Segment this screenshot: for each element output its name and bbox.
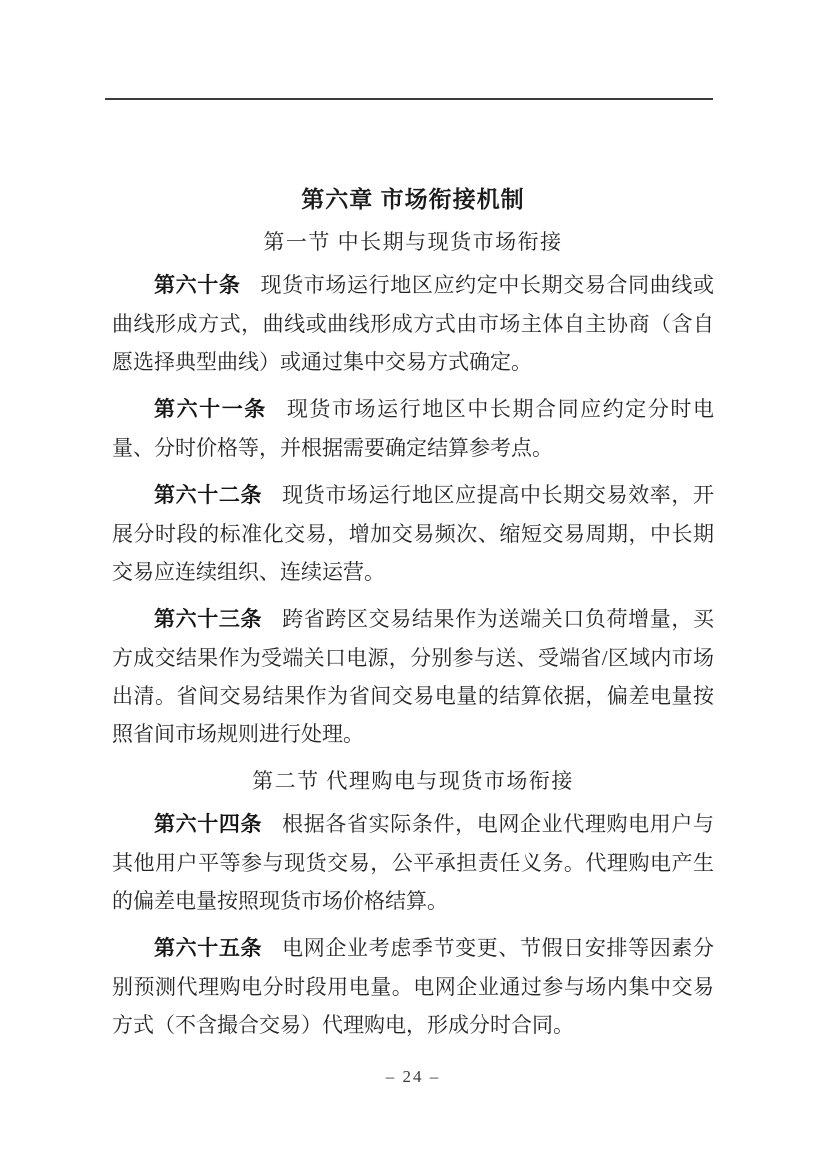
page-number: – 24 – (0, 1064, 826, 1090)
article-62-number: 第六十二条 (154, 484, 262, 507)
article-62: 第六十二条现货市场运行地区应提高中长期交易效率，开展分时段的标准化交易，增加交易… (112, 476, 714, 591)
article-65-number: 第六十五条 (154, 937, 262, 960)
document-page: 第六章 市场衔接机制 第一节 中长期与现货市场衔接 第六十条现货市场运行地区应约… (0, 0, 826, 1169)
article-63: 第六十三条跨省跨区交易结果作为送端关口负荷增量，买方成交结果作为受端关口电源，分… (112, 600, 714, 753)
article-61: 第六十一条现货市场运行地区中长期合同应约定分时电量、分时价格等，并根据需要确定结… (112, 390, 714, 467)
article-61-number: 第六十一条 (154, 398, 267, 421)
article-65: 第六十五条电网企业考虑季节变更、节假日安排等因素分别预测代理购电分时段用电量。电… (112, 929, 714, 1044)
section-1-heading: 第一节 中长期与现货市场衔接 (112, 223, 714, 261)
article-64: 第六十四条根据各省实际条件，电网企业代理购电用户与其他用户平等参与现货交易，公平… (112, 805, 714, 920)
section-2-heading: 第二节 代理购电与现货市场衔接 (112, 762, 714, 800)
chapter-title: 第六章 市场衔接机制 (112, 180, 714, 218)
article-60: 第六十条现货市场运行地区应约定中长期交易合同曲线或曲线形成方式，曲线或曲线形成方… (112, 266, 714, 381)
article-64-number: 第六十四条 (154, 813, 262, 836)
article-60-number: 第六十条 (154, 274, 241, 297)
article-63-number: 第六十三条 (154, 608, 262, 631)
page-content: 第六章 市场衔接机制 第一节 中长期与现货市场衔接 第六十条现货市场运行地区应约… (112, 0, 714, 1044)
